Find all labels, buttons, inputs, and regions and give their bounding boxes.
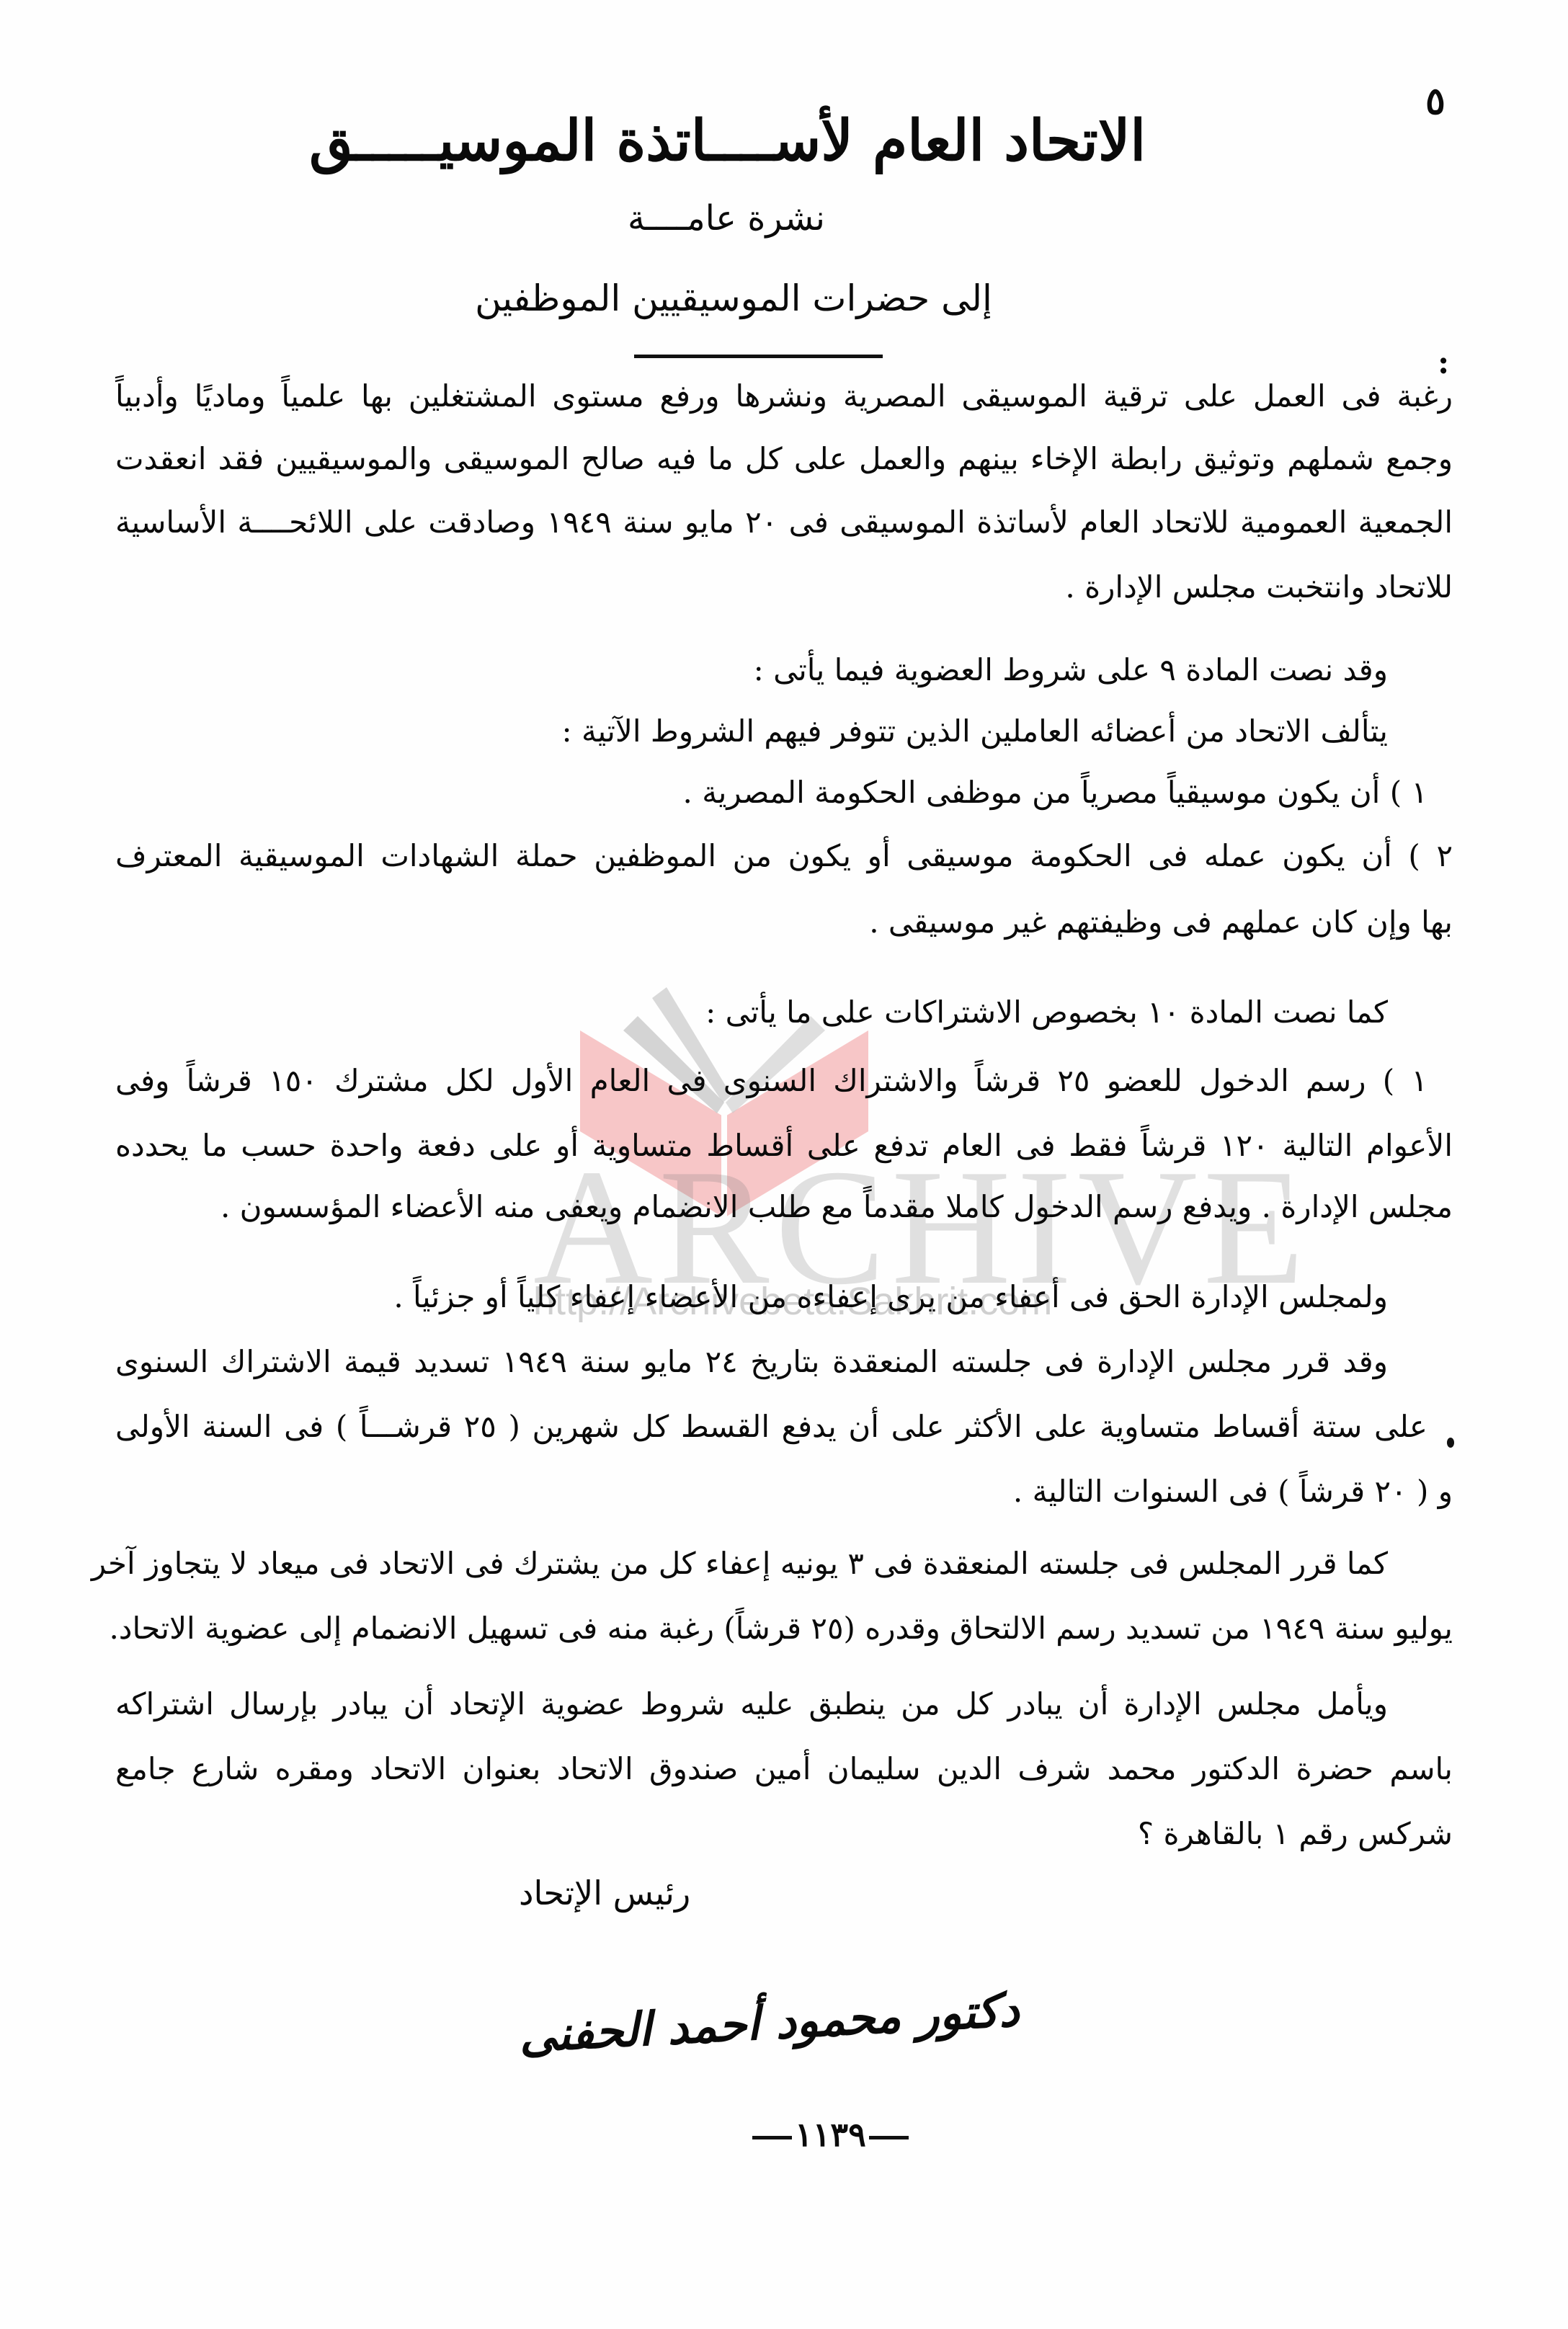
intro-line-3: الجمعية العمومية للاتحاد العام لأساتذة ا… (115, 504, 1453, 540)
article-10-intro: كما نصت المادة ١٠ بخصوص الاشتراكات على م… (705, 994, 1388, 1030)
condition-2-line-1: ٢ ) أن يكون عمله فى الحكومة موسيقى أو يك… (115, 838, 1453, 874)
board-may-line-1: وقد قرر مجلس الإدارة فى جلسته المنعقدة ب… (115, 1344, 1388, 1380)
page-number: ١١٣٩ (749, 2115, 912, 2154)
margin-dot (1447, 1438, 1454, 1448)
closing-line-2: باسم حضرة الدكتور محمد شرف الدين سليمان … (115, 1751, 1453, 1787)
closing-line-1: ويأمل مجلس الإدارة أن يبادر كل من ينطبق … (115, 1686, 1388, 1722)
scanned-document-page: ٥ الاتحاد العام لأســــاتذة الموسيـــــق… (0, 0, 1568, 2329)
margin-mark: : (1438, 344, 1449, 381)
closing-line-3: شركس رقم ١ بالقاهرة ؟ (1138, 1816, 1453, 1852)
document-title: الاتحاد العام لأســــاتذة الموسيـــــق (389, 108, 1146, 174)
document-subtitle: نشرة عامــــة (0, 198, 1568, 239)
board-exemption: ولمجلس الإدارة الحق فى أعفاء من يرى إعفا… (393, 1279, 1388, 1315)
board-may-line-2: على ستة أقساط متساوية على الأكثر على أن … (115, 1409, 1427, 1445)
page-marker: ٥ (1425, 79, 1445, 123)
board-june-line-2: يوليو سنة ١٩٤٩ من تسديد رسم الالتحاق وقد… (115, 1611, 1453, 1647)
header-divider (634, 355, 883, 358)
intro-line-2: وجمع شملهم وتوثيق رابطة الإخاء بينهم وال… (115, 441, 1453, 477)
article-9-intro: وقد نصت المادة ٩ على شروط العضوية فيما ي… (754, 652, 1388, 688)
condition-2-line-2: بها وإن كان عملهم فى وظيفتهم غير موسيقى … (869, 904, 1453, 940)
fees-line-1: ١ ) رسم الدخول للعضو ٢٥ قرشاً والاشتراك … (115, 1063, 1427, 1099)
intro-line-1: رغبة فى العمل على ترقية الموسيقى المصرية… (115, 378, 1453, 414)
board-may-line-3: و ( ٢٠ قرشاً ) فى السنوات التالية . (1013, 1474, 1453, 1510)
handwritten-signature: دكتور محمود أحمد الحفنى (518, 1983, 1021, 2063)
fees-line-3: مجلس الإدارة . ويدفع رسم الدخول كاملا مق… (220, 1189, 1453, 1225)
document-addressee: إلى حضرات الموسيقيين الموظفين (0, 277, 1568, 319)
signature-title: رئيس الإتحاد (519, 1874, 690, 1912)
article-9-body: يتألف الاتحاد من أعضائه العاملين الذين ت… (562, 713, 1389, 749)
board-june-line-1: كما قرر المجلس فى جلسته المنعقدة فى ٣ يو… (115, 1546, 1388, 1582)
condition-1: ١ ) أن يكون موسيقياً مصرياً من موظفى الح… (683, 775, 1427, 811)
intro-line-4: للاتحاد وانتخبت مجلس الإدارة . (1065, 569, 1453, 605)
fees-line-2: الأعوام التالية ١٢٠ قرشاً فقط فى العام ت… (115, 1128, 1453, 1164)
